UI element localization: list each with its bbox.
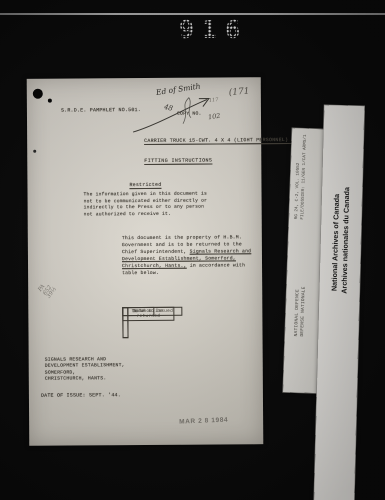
address-line: CHRISTCHURCH, HANTS.	[45, 376, 125, 383]
issue-record-table: To whom issued Date Date to be returned	[122, 306, 250, 307]
pamphlet-reference-line: S.R.D.E. PAMPHLET NO.501.	[61, 107, 141, 114]
margin-dot	[33, 150, 36, 153]
department-line: DEFENSE NATIONALE	[300, 275, 308, 337]
handwritten-scribble: 48	[163, 103, 174, 113]
restricted-notice: Restricted The information given in this…	[83, 182, 207, 219]
punch-hole-small	[48, 99, 52, 103]
frame-counter: 916	[179, 15, 248, 44]
pencil-number: 117	[209, 97, 219, 104]
reference-number-block: RG 24, C-2, VOL. 10552 FILE/DOSSIER: 11/…	[294, 131, 309, 219]
pencil-margin-note: PA 652 39½	[38, 280, 59, 300]
document-subtitle: FITTING INSTRUCTIONS	[27, 157, 261, 159]
copy-number-label: COPY NO.	[177, 112, 202, 117]
handwritten-arrow	[131, 93, 219, 134]
document-subtitle-text: FITTING INSTRUCTIONS	[144, 158, 212, 164]
archives-title-fr: Archives nationales du Canada	[340, 192, 351, 294]
document-title-text: CARRIER TRUCK 15-CWT. 4 X 4 (LIGHT PERSO…	[144, 137, 307, 144]
document-title: CARRIER TRUCK 15-CWT. 4 X 4 (LIGHT PERSO…	[27, 137, 261, 139]
issuer-address-block: SIGNALS RESEARCH AND DEVELOPMENT ESTABLI…	[45, 357, 125, 383]
restricted-body: The information given in this document i…	[84, 192, 208, 218]
scanned-document-page: S.R.D.E. PAMPHLET NO.501. Ed of Smith 48…	[27, 77, 264, 446]
property-notice: This document is the property of H.B.M. …	[122, 234, 253, 277]
table-header-date-returned: Date to be returned	[122, 307, 174, 321]
restricted-heading: Restricted	[83, 182, 207, 189]
archives-title-block: National Archives of Canada Archives nat…	[319, 191, 362, 294]
date-of-issue-line: DATE OF ISSUE: SEPT. '44.	[41, 392, 121, 399]
archive-date-stamp: MAR 2 8 1984	[179, 417, 228, 426]
address-line: DEVELOPMENT ESTABLISHMENT,	[45, 363, 125, 370]
pencil-page-number: (171	[228, 87, 249, 99]
microfilm-frame: 916 S.R.D.E. PAMPHLET NO.501. Ed of Smit…	[0, 0, 385, 500]
table-cell-empty	[122, 307, 128, 338]
punch-hole	[33, 89, 43, 99]
department-name-block: NATIONAL DEFENCE DEFENSE NATIONALE	[294, 274, 308, 336]
